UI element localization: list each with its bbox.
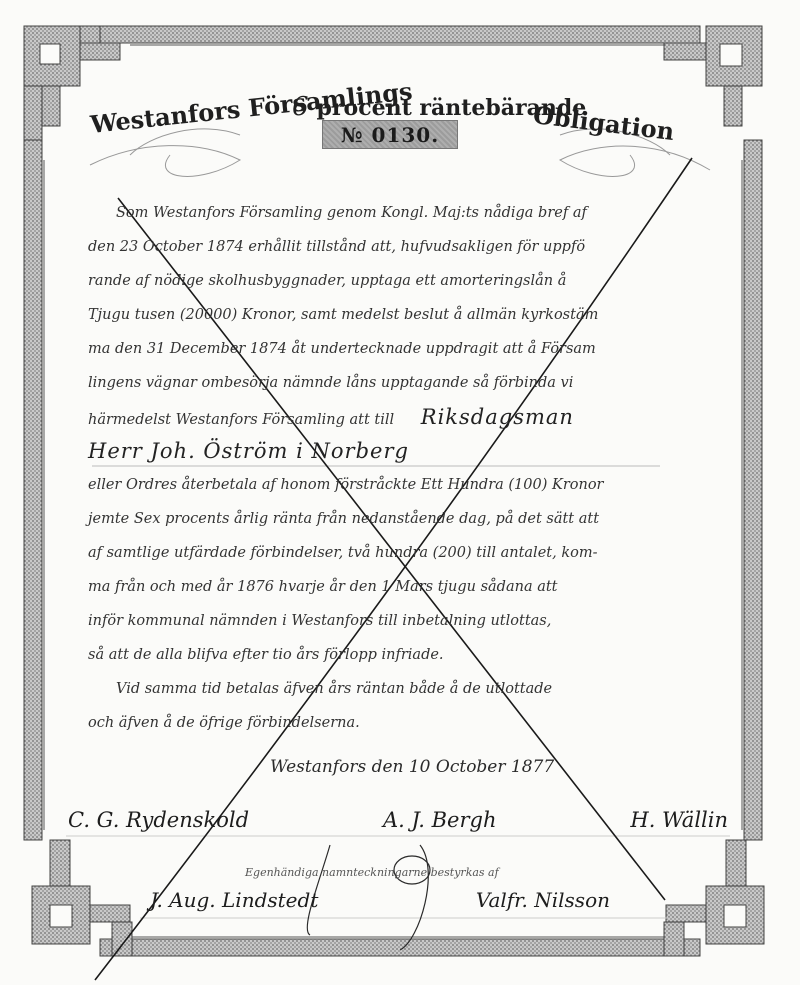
serial-number: № 0130. — [341, 123, 439, 147]
body-line: jemte Sex procents årlig ränta från neda… — [88, 502, 708, 536]
payee-name: Herr Joh. Öström i Norberg — [88, 439, 409, 463]
signature: C. G. Rydenskold — [68, 808, 249, 844]
serial-number-plate: № 0130. — [322, 120, 458, 149]
title-right: Obligation — [531, 100, 675, 146]
body-line: Vid samma tid betalas äfven års räntan b… — [88, 672, 708, 706]
corner-ornament-bottom-right — [664, 840, 764, 956]
body-line: Tjugu tusen (20000) Kronor, samt medelst… — [88, 298, 708, 332]
body-line: och äfven å de öfrige förbindelserna. — [88, 706, 708, 740]
body-line: inför kommunal nämnden i Westanfors till… — [88, 604, 708, 638]
payee-line: Herr Joh. Öström i Norberg — [88, 434, 708, 468]
body-line: eller Ordres återbetala af honom förstrå… — [88, 468, 708, 502]
witness-signature: J. Aug. Lindstedt — [150, 888, 318, 922]
issue-date: Westanfors den 10 October 1877 — [270, 757, 554, 777]
body-line: af samtlige utfärdade förbindelser, två … — [88, 536, 708, 570]
body-line: Som Westanfors Församling genom Kongl. M… — [88, 196, 708, 230]
body-line: härmedelst Westanfors Församling att til… — [88, 412, 394, 428]
body-line: rande af nödige skolhusbyggnader, upptag… — [88, 264, 708, 298]
signature: H. Wällin — [630, 808, 728, 844]
title-percent-value: 6 — [292, 92, 309, 122]
signatures-primary: C. G. Rydenskold A. J. Bergh H. Wällin — [68, 808, 728, 844]
payee-title: Riksdagsman — [421, 405, 574, 429]
body-line: lingens vägnar ombesörja nämnde låns upp… — [88, 366, 708, 400]
witness-signature: Valfr. Nilsson — [476, 888, 610, 922]
body-line: så att de alla blifva efter tio års förl… — [88, 638, 708, 672]
signature: A. J. Bergh — [383, 808, 497, 844]
signatures-witnesses: J. Aug. Lindstedt Valfr. Nilsson — [150, 888, 610, 922]
body-line: den 23 October 1874 erhållit tillstånd a… — [88, 230, 708, 264]
body-line-with-payee-title: härmedelst Westanfors Församling att til… — [88, 400, 708, 434]
body-line: ma från och med år 1876 hvarje år den 1 … — [88, 570, 708, 604]
corner-ornament-bottom-left — [32, 840, 132, 956]
witness-label: Egenhändiga namnteckningarne bestyrkas a… — [245, 866, 499, 879]
bond-body-text: Som Westanfors Församling genom Kongl. M… — [88, 196, 708, 740]
body-line: ma den 31 December 1874 åt undertecknade… — [88, 332, 708, 366]
